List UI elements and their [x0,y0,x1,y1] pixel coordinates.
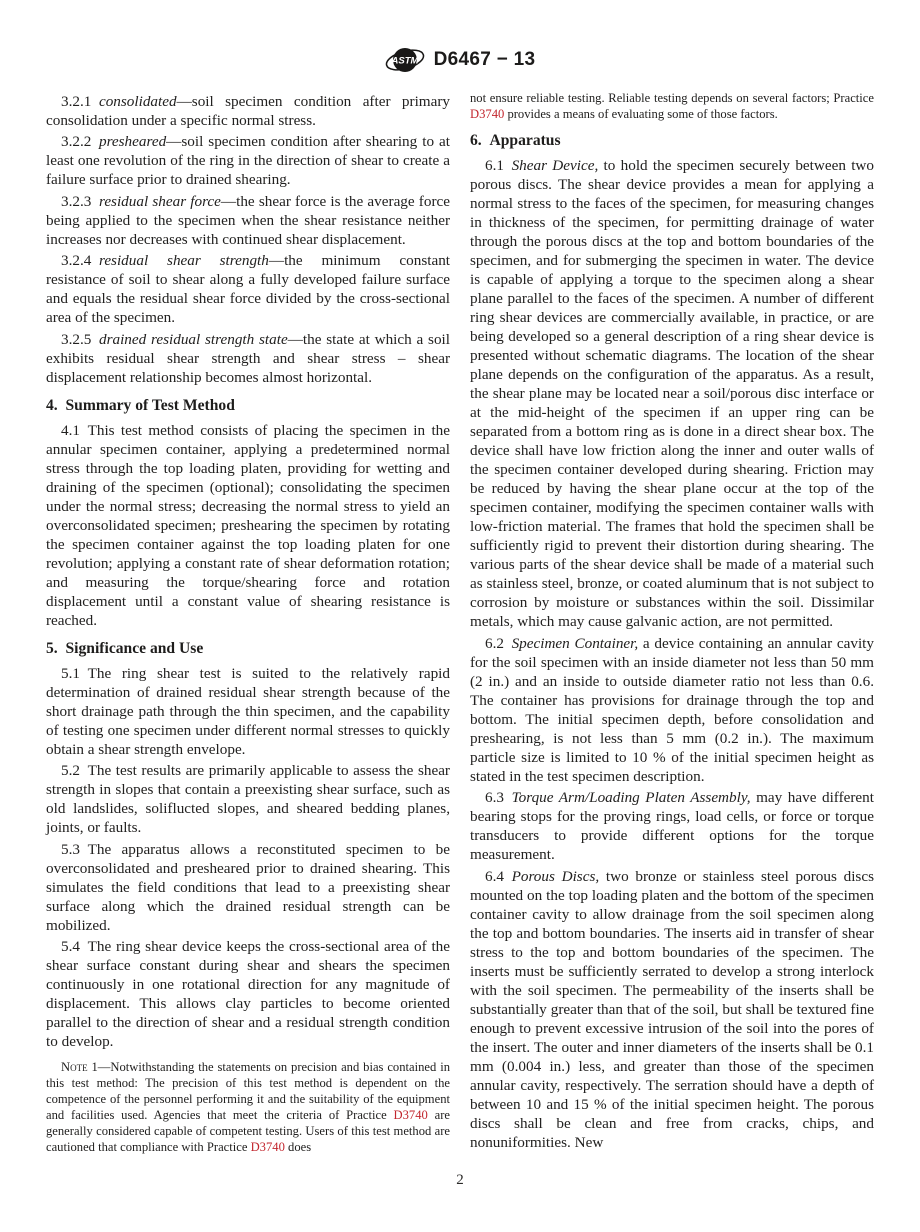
note-1-continued: not ensure reliable testing. Reliable te… [470,90,874,122]
para-3-2-5: 3.2.5 drained residual strength state—th… [46,330,450,387]
para-6-2: 6.2 Specimen Container, a device contain… [470,634,874,786]
para-6-1: 6.1 Shear Device, to hold the specimen s… [470,156,874,631]
practice-d3740-link[interactable]: D3740 [470,107,504,121]
para-6-3: 6.3 Torque Arm/Loading Platen Assembly, … [470,788,874,864]
practice-d3740-link[interactable]: D3740 [394,1108,428,1122]
note-1: Note 1—Notwithstanding the statements on… [46,1059,450,1155]
svg-text:ASTM: ASTM [390,56,419,67]
heading-5: 5. Significance and Use [46,639,450,659]
document-page: ASTM D6467 − 13 3.2.1 consolidated—soil … [0,0,920,1232]
document-body: 3.2.1 consolidated—soil specimen conditi… [0,89,920,1155]
para-5-3: 5.3 The apparatus allows a reconstituted… [46,840,450,935]
doc-number: D6467 − 13 [434,49,536,71]
page-number: 2 [456,1172,464,1188]
column-right: not ensure reliable testing. Reliable te… [470,89,874,1155]
heading-6: 6. Apparatus [470,131,874,151]
para-3-2-1: 3.2.1 consolidated—soil specimen conditi… [46,92,450,130]
para-5-2: 5.2 The test results are primarily appli… [46,761,450,837]
para-5-1: 5.1 The ring shear test is suited to the… [46,664,450,759]
practice-d3740-link[interactable]: D3740 [251,1140,285,1154]
para-3-2-4: 3.2.4 residual shear strength—the minimu… [46,251,450,327]
column-left: 3.2.1 consolidated—soil specimen conditi… [46,89,450,1155]
astm-logo-icon: ASTM [385,44,425,76]
para-3-2-3: 3.2.3 residual shear force—the shear for… [46,192,450,249]
para-5-4: 5.4 The ring shear device keeps the cros… [46,937,450,1051]
page-footer: 2 [0,1172,920,1189]
page-header: ASTM D6467 − 13 [0,0,920,76]
para-3-2-2: 3.2.2 presheared—soil specimen condition… [46,132,450,189]
para-6-4: 6.4 Porous Discs, two bronze or stainles… [470,867,874,1152]
para-4-1: 4.1 This test method consists of placing… [46,421,450,630]
heading-4: 4. Summary of Test Method [46,396,450,416]
